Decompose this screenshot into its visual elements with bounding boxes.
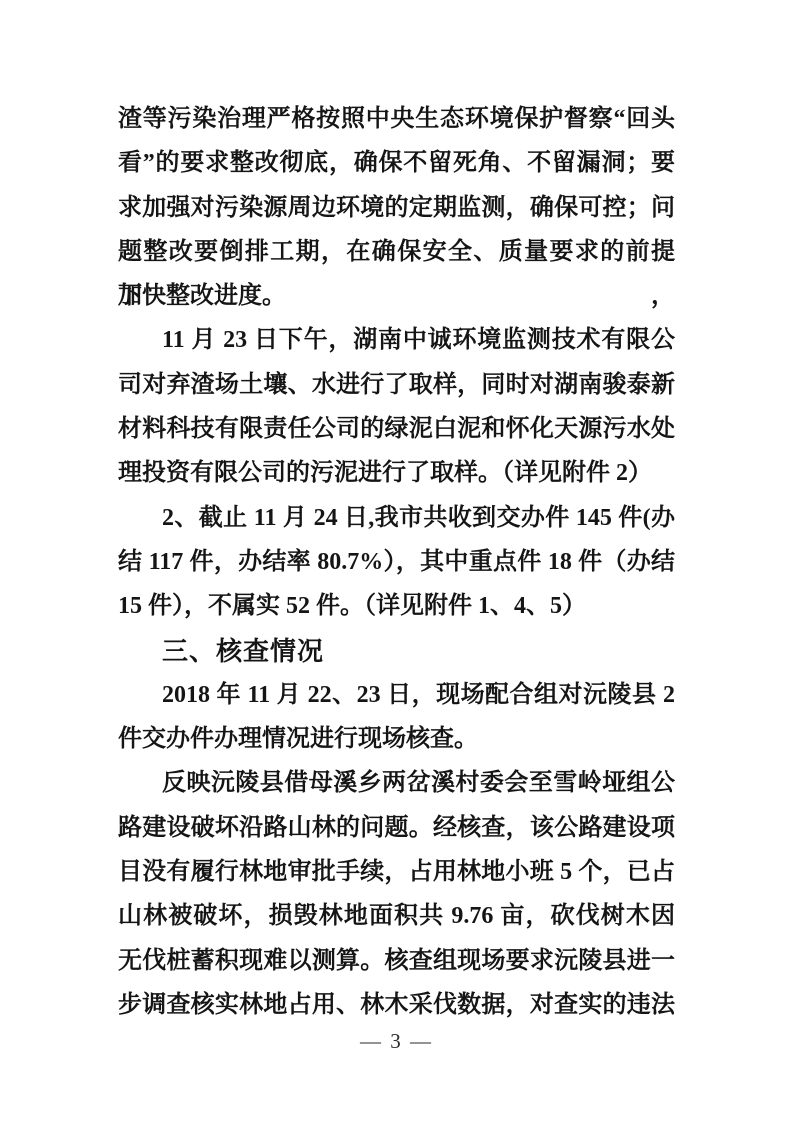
text-line: 反映沅陵县借母溪乡两岔溪村委会至雪岭垭组公 <box>118 761 675 805</box>
text-line: 2、截止 11 月 24 日,我市共收到交办件 145 件(办 <box>118 496 675 540</box>
text-line: 求加强对污染源周边环境的定期监测，确保可控；问 <box>118 186 675 230</box>
text-line: 理投资有限公司的污泥进行了取样。（详见附件 2） <box>118 451 675 495</box>
document-page: 渣等污染治理严格按照中央生态环境保护督察“回头看”的要求整改彻底，确保不留死角、… <box>0 0 793 1122</box>
text-line: 路建设破坏沿路山林的问题。经核查，该公路建设项 <box>118 806 675 850</box>
text-line: 步调查核实林地占用、林木采伐数据，对查实的违法 <box>118 983 675 1027</box>
heading-verification-status: 三、核查情况 <box>118 629 675 673</box>
text-line: 司对弃渣场土壤、水进行了取样，同时对湖南骏泰新 <box>118 363 675 407</box>
text-line: 看”的要求整改彻底，确保不留死角、不留漏洞；要 <box>118 141 675 185</box>
text-line: 渣等污染治理严格按照中央生态环境保护督察“回头 <box>118 97 675 141</box>
text-line: 山林被破坏，损毁林地面积共 9.76 亩，砍伐树木因 <box>118 894 675 938</box>
page-number: — 3 — <box>360 1029 433 1053</box>
text-line: 11 月 23 日下午，湖南中诚环境监测技术有限公 <box>118 318 675 362</box>
text-line: 结 117 件，办结率 80.7%），其中重点件 18 件（办结 <box>118 540 675 584</box>
text-line: 2018 年 11 月 22、23 日，现场配合组对沅陵县 2 <box>118 673 675 717</box>
text-line: 15 件），不属实 52 件。（详见附件 1、4、5） <box>118 584 675 628</box>
text-line: 目没有履行林地审批手续，占用林地小班 5 个，已占 <box>118 850 675 894</box>
text-line: 材料科技有限责任公司的绿泥白泥和怀化天源污水处 <box>118 407 675 451</box>
para-site-verification: 2018 年 11 月 22、23 日，现场配合组对沅陵县 2件交办件办理情况进… <box>118 673 675 762</box>
para-rectification-requirements: 渣等污染治理严格按照中央生态环境保护督察“回头看”的要求整改彻底，确保不留死角、… <box>118 97 675 318</box>
text-line: 无伐桩蓄积现难以测算。核查组现场要求沅陵县进一 <box>118 939 675 983</box>
text-line: 题整改要倒排工期，在确保安全、质量要求的前提下， <box>118 230 675 274</box>
text-line: 件交办件办理情况进行现场核查。 <box>118 717 675 761</box>
page-footer: — 3 — <box>0 1026 793 1056</box>
text-line: 三、核查情况 <box>118 629 675 673</box>
para-case-statistics: 2、截止 11 月 24 日,我市共收到交办件 145 件(办结 117 件，办… <box>118 496 675 629</box>
para-sampling: 11 月 23 日下午，湖南中诚环境监测技术有限公司对弃渣场土壤、水进行了取样，… <box>118 318 675 495</box>
para-road-forest-damage: 反映沅陵县借母溪乡两岔溪村委会至雪岭垭组公路建设破坏沿路山林的问题。经核查，该公… <box>118 761 675 1027</box>
text-block: 渣等污染治理严格按照中央生态环境保护督察“回头看”的要求整改彻底，确保不留死角、… <box>118 97 675 1027</box>
